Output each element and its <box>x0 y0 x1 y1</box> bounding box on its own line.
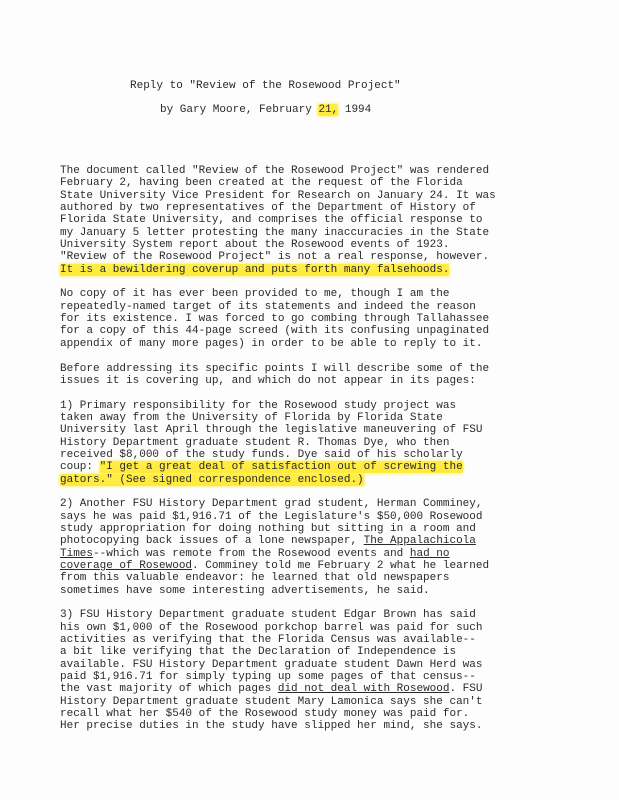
line: study appropriation for doing nothing bu… <box>60 523 476 535</box>
line: Before addressing its specific points I … <box>60 363 489 375</box>
line: a bit like verifying that the Declaratio… <box>60 646 456 658</box>
line: sometimes have some interesting advertis… <box>60 585 430 597</box>
line: University last April through the legisl… <box>60 424 482 436</box>
document-page: Reply to "Review of the Rosewood Project… <box>0 0 619 800</box>
line: says he was paid $1,916.71 of the Legisl… <box>60 511 482 523</box>
line: State University Vice President for Rese… <box>60 190 496 202</box>
line: Her precise duties in the study have sli… <box>60 720 482 732</box>
line: 3) FSU History Department graduate stude… <box>60 609 476 621</box>
paragraph-intro: The document called "Review of the Rosew… <box>60 165 600 276</box>
line: taken away from the University of Florid… <box>60 412 443 424</box>
line: photocopying back issues of a lone newsp… <box>60 535 364 547</box>
byline-text: by Gary Moore, February <box>160 104 318 116</box>
line: The document called "Review of the Rosew… <box>60 165 489 177</box>
line: February 2, having been created at the r… <box>60 177 463 189</box>
highlighted-date: 21, <box>318 104 338 116</box>
line: paid $1,916.71 for simply typing up some… <box>60 671 476 683</box>
document-title: Reply to "Review of the Rosewood Project… <box>130 80 401 92</box>
underlined-text: coverage of Rosewood <box>60 560 192 572</box>
highlighted-quote: "I get a great deal of satisfaction out … <box>100 461 463 473</box>
highlighted-sentence: It is a bewildering coverup and puts for… <box>60 264 449 276</box>
paragraph-point-2: 2) Another FSU History Department grad s… <box>60 498 600 597</box>
line: activities as verifying that the Florida… <box>60 634 476 646</box>
line: received $8,000 of the study funds. Dye … <box>60 449 463 461</box>
paragraph-before: Before addressing its specific points I … <box>60 363 600 388</box>
highlighted-quote: gators." (See signed correspondence encl… <box>60 474 364 486</box>
paragraph-point-1: 1) Primary responsibility for the Rosewo… <box>60 400 600 486</box>
underlined-newspaper-title: Times <box>60 548 93 560</box>
document-body: The document called "Review of the Rosew… <box>60 165 600 745</box>
line: History Department graduate student R. T… <box>60 437 449 449</box>
line: his own $1,000 of the Rosewood porkchop … <box>60 622 482 634</box>
line: University System report about the Rosew… <box>60 239 449 251</box>
line: the vast majority of which pages <box>60 683 278 695</box>
line: repeatedly-named target of its statement… <box>60 301 476 313</box>
line: "Review of the Rosewood Project" is not … <box>60 251 489 263</box>
underlined-newspaper-title: The Appalachicola <box>364 535 476 547</box>
line: . Comminey told me February 2 what he le… <box>192 560 489 572</box>
paragraph-point-3: 3) FSU History Department graduate stude… <box>60 609 600 732</box>
line: . FSU <box>449 683 482 695</box>
line: my January 5 letter protesting the many … <box>60 227 489 239</box>
line: from this valuable endeavor: he learned … <box>60 572 449 584</box>
line: authored by two representatives of the D… <box>60 202 476 214</box>
line: recall what her $540 of the Rosewood stu… <box>60 708 469 720</box>
line: issues it is covering up, and which do n… <box>60 375 476 387</box>
line: No copy of it has ever been provided to … <box>60 288 449 300</box>
byline-year: 1994 <box>338 104 371 116</box>
line: History Department graduate student Mary… <box>60 696 482 708</box>
line: appendix of many more pages) in order to… <box>60 338 482 350</box>
line: for a copy of this 44-page screed (with … <box>60 325 489 337</box>
underlined-text: had no <box>410 548 450 560</box>
underlined-text: did not deal with Rosewood <box>278 683 450 695</box>
paragraph-no-copy: No copy of it has ever been provided to … <box>60 288 600 350</box>
line: coup: <box>60 461 100 473</box>
line: for its existence. I was forced to go co… <box>60 313 489 325</box>
line: Florida State University, and comprises … <box>60 214 482 226</box>
line: 1) Primary responsibility for the Rosewo… <box>60 400 456 412</box>
line: available. FSU History Department gradua… <box>60 659 482 671</box>
line: --which was remote from the Rosewood eve… <box>93 548 410 560</box>
line: 2) Another FSU History Department grad s… <box>60 498 482 510</box>
byline: by Gary Moore, February 21, 1994 <box>160 104 371 116</box>
